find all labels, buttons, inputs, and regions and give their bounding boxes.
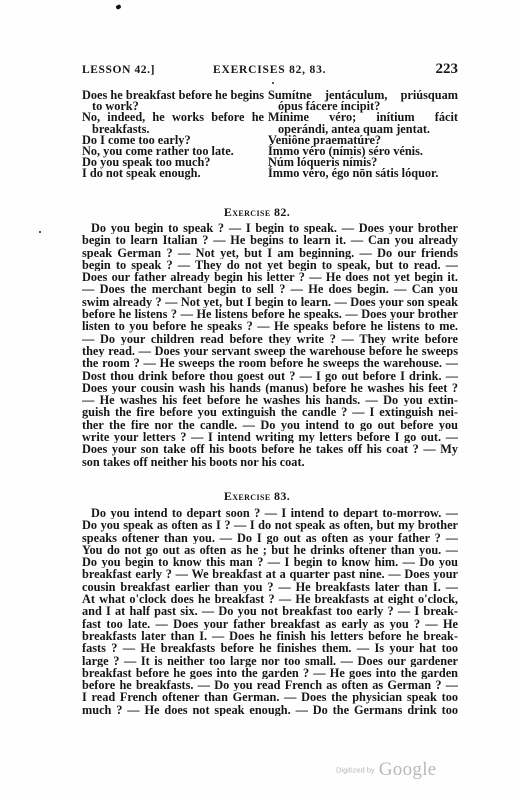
text-line: they read. — Does your servant sweep the… (82, 345, 458, 357)
google-logo: Google (379, 759, 437, 780)
text-line: before he breakfasts. — Do you read Fren… (82, 679, 458, 691)
text-line: swim already ? — Not yet, but I begin to… (82, 296, 458, 308)
text-line: the room ? — He sweeps the room before h… (82, 357, 458, 369)
text-line: fast too late. — Does your father breakf… (82, 618, 458, 630)
text-line: speak German ? — Not yet, but I am begin… (82, 247, 458, 259)
text-line: listen to you before he speaks ? — He sp… (82, 320, 458, 332)
vocab-english: No, indeed, he works before he breakfast… (82, 112, 264, 134)
text-line: breakfast before he goes into the garden… (82, 667, 458, 679)
text-line: much ? — He does not speak enough. — Do … (82, 704, 458, 716)
text-line: Dost thou drink before thou goest out ? … (82, 370, 458, 382)
latin-column: Sumítne jentáculum, priúsquam ópus fácer… (268, 90, 458, 180)
text-line: — Do your children read before they writ… (82, 333, 458, 345)
exercise-82-text: Do you begin to speak ? — I begin to spe… (82, 222, 458, 468)
page-number: 223 (436, 61, 459, 78)
lesson-label: LESSON 42.] (82, 64, 155, 76)
section-title: EXERCISES 82, 83. (213, 64, 326, 76)
vocab-english: Does he breakfast before he begins to wo… (82, 90, 264, 112)
text-line: Do you begin to know this man ? — I begi… (82, 556, 458, 568)
watermark-prefix: Digitized by (336, 766, 375, 775)
ink-speck (115, 4, 121, 10)
text-line: Do you speak as often as I ? — I do not … (82, 519, 458, 531)
vocab-latin: Sumítne jentáculum, priúsquam ópus fácer… (268, 90, 458, 112)
book-page: LESSON 42.] EXERCISES 82, 83. 223 Does h… (0, 0, 514, 801)
text-line: I read French oftener than German. — Doe… (82, 691, 458, 703)
text-line: Do you begin to speak ? — I begin to spe… (82, 222, 458, 234)
text-line: You do not go out as often as he ; but h… (82, 544, 458, 556)
text-line: — He washes his feet before he washes hi… (82, 394, 458, 406)
vocab-latin: Ímmo véro, égo nōn sátis lóquor. (268, 168, 458, 179)
text-line: before he listens ? — He listens before … (82, 308, 458, 320)
text-line: — Does the merchant begin to sell ? — He… (82, 283, 458, 295)
vocab-english: I do not speak enough. (82, 168, 264, 179)
ink-dot (39, 231, 41, 233)
exercise-83-title: Exercise 83. (0, 489, 514, 504)
text-line: write your letters ? — I intend writing … (82, 431, 458, 443)
text-line: begin to speak ? — They do not yet begin… (82, 259, 458, 271)
text-line: speaks oftener than you. — Do I go out a… (82, 532, 458, 544)
text-line: guish the fire before you extinguish the… (82, 406, 458, 418)
text-line: ther the fire nor the candle. — Do you i… (82, 419, 458, 431)
text-line: cousin breakfast earlier than you ? — He… (82, 581, 458, 593)
english-column: Does he breakfast before he begins to wo… (82, 90, 264, 180)
text-line: son takes off neither his boots nor his … (82, 456, 458, 468)
text-line: breakfast early ? — We breakfast at a qu… (82, 568, 458, 580)
text-line: Does our father already begin his letter… (82, 271, 458, 283)
ink-dot (272, 82, 274, 84)
text-line: breakfasts later than I. — Does he finis… (82, 630, 458, 642)
vocabulary-table: Does he breakfast before he begins to wo… (82, 90, 458, 180)
vocab-latin: Mínime véro; inítium fácit operándi, ant… (268, 112, 458, 134)
text-line: Does your son take off his boots before … (82, 443, 458, 455)
running-header: LESSON 42.] EXERCISES 82, 83. 223 (82, 62, 458, 78)
exercise-83-text: Do you intend to depart soon ? — I inten… (82, 507, 458, 716)
text-line: Do you intend to depart soon ? — I inten… (82, 507, 458, 519)
text-line: begin to learn Italian ? — He begins to … (82, 234, 458, 246)
exercise-82-title: Exercise 82. (0, 205, 514, 220)
text-line: large ? — It is neither too large nor to… (82, 655, 458, 667)
digitized-by-google-watermark: Digitized by Google (336, 759, 437, 781)
text-line: and I at half past six. — Do you not bre… (82, 605, 458, 617)
text-line: Does your cousin wash his hands (manus) … (82, 382, 458, 394)
text-line: fasts ? — He breakfasts before he finish… (82, 642, 458, 654)
text-line: At what o'clock does he breakfast ? — He… (82, 593, 458, 605)
